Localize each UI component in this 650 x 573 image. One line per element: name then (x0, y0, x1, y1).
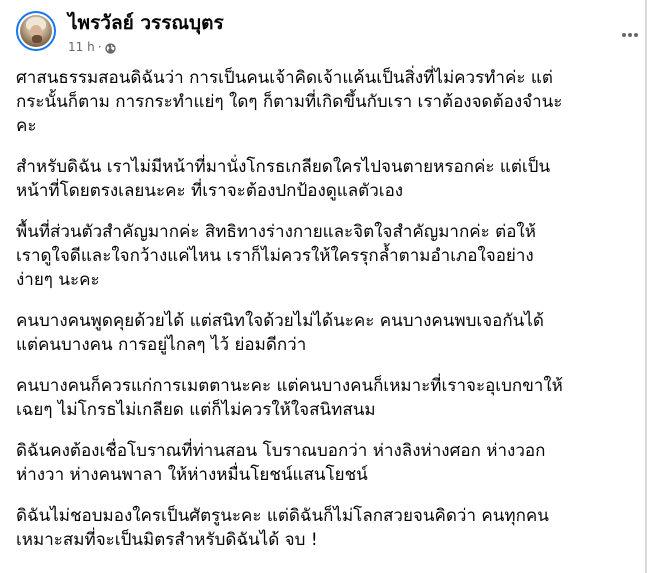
post-paragraph: ศาสนธรรมสอนดิฉันว่า การเป็นคนเจ้าคิดเจ้า… (16, 66, 631, 138)
meta-separator: · (98, 39, 102, 55)
post-meta: 11 h · (68, 39, 116, 55)
text-line: ศาสนธรรมสอนดิฉันว่า การเป็นคนเจ้าคิดเจ้า… (16, 66, 631, 90)
post-timestamp[interactable]: 11 h (68, 39, 95, 55)
text-line: เหมาะสมที่จะเป็นมิตรสำหรับดิฉันได้ จบ ! (16, 528, 631, 552)
text-line: คนบางคนพูดคุยด้วยได้ แต่สนิทใจด้วยไม่ได้… (16, 309, 631, 333)
text-line: ดิฉันไม่ชอบมองใครเป็นศัตรูนะคะ แต่ดิฉันก… (16, 504, 631, 528)
text-line: เฉยๆ ไม่โกรธไม่เกลียด แต่ก็ไม่ควรให้ใจสน… (16, 398, 631, 422)
text-line: คนบางคนก็ควรแก่การเมตตานะคะ แต่คนบางคนก็… (16, 374, 631, 398)
text-line: พื้นที่ส่วนตัวสำคัญมากค่ะ สิทธิทางร่างกา… (16, 220, 631, 244)
more-options-button[interactable] (616, 25, 644, 45)
profile-photo-icon (20, 15, 52, 47)
text-line: ดิฉันคงต้องเชื่อโบราณที่ท่านสอน โบราณบอก… (16, 439, 631, 463)
text-line: เราดูใจดีและใจกว้างแค่ไหน เราก็ไม่ควรให้… (16, 244, 631, 268)
author-avatar[interactable] (16, 11, 56, 51)
post-paragraph: สำหรับดิฉัน เราไม่มีหน้าที่มานั่งโกรธเกล… (16, 155, 631, 203)
text-line: คะ (16, 114, 631, 138)
text-line: ง่ายๆ นะคะ (16, 268, 631, 292)
post-header: ไพรวัลย์ วรรณบุตร 11 h · (16, 11, 636, 55)
text-line: สำหรับดิฉัน เราไม่มีหน้าที่มานั่งโกรธเกล… (16, 155, 631, 179)
ellipsis-dot (634, 33, 638, 37)
post-paragraph: คนบางคนก็ควรแก่การเมตตานะคะ แต่คนบางคนก็… (16, 374, 631, 422)
post-paragraph: คนบางคนพูดคุยด้วยได้ แต่สนิทใจด้วยไม่ได้… (16, 309, 631, 357)
author-name[interactable]: ไพรวัลย์ วรรณบุตร (68, 11, 224, 35)
post-body: ศาสนธรรมสอนดิฉันว่า การเป็นคนเจ้าคิดเจ้า… (16, 66, 631, 569)
ellipsis-dot (628, 33, 632, 37)
globe-icon[interactable] (105, 42, 116, 53)
text-line: หน้าที่โดยตรงเลยนะคะ ที่เราจะต้องปกป้องด… (16, 179, 631, 203)
text-line: ห่างวา ห่างคนพาลา ให้ห่างหมื่นโยชน์แสนโย… (16, 463, 631, 487)
text-line: แต่คนบางคน การอยู่ไกลๆ ไว้ ย่อมดีกว่า (16, 333, 631, 357)
ellipsis-icon (622, 33, 626, 37)
facebook-post: ไพรวัลย์ วรรณบุตร 11 h · ศาสนธรรมสอนดิฉั… (0, 0, 647, 573)
post-paragraph: พื้นที่ส่วนตัวสำคัญมากค่ะ สิทธิทางร่างกา… (16, 220, 631, 292)
text-line: กระนั้นก็ตาม การกระทำแย่ๆ ใดๆ ก็ตามที่เก… (16, 90, 631, 114)
post-paragraph: ดิฉันคงต้องเชื่อโบราณที่ท่านสอน โบราณบอก… (16, 439, 631, 487)
post-paragraph: ดิฉันไม่ชอบมองใครเป็นศัตรูนะคะ แต่ดิฉันก… (16, 504, 631, 552)
